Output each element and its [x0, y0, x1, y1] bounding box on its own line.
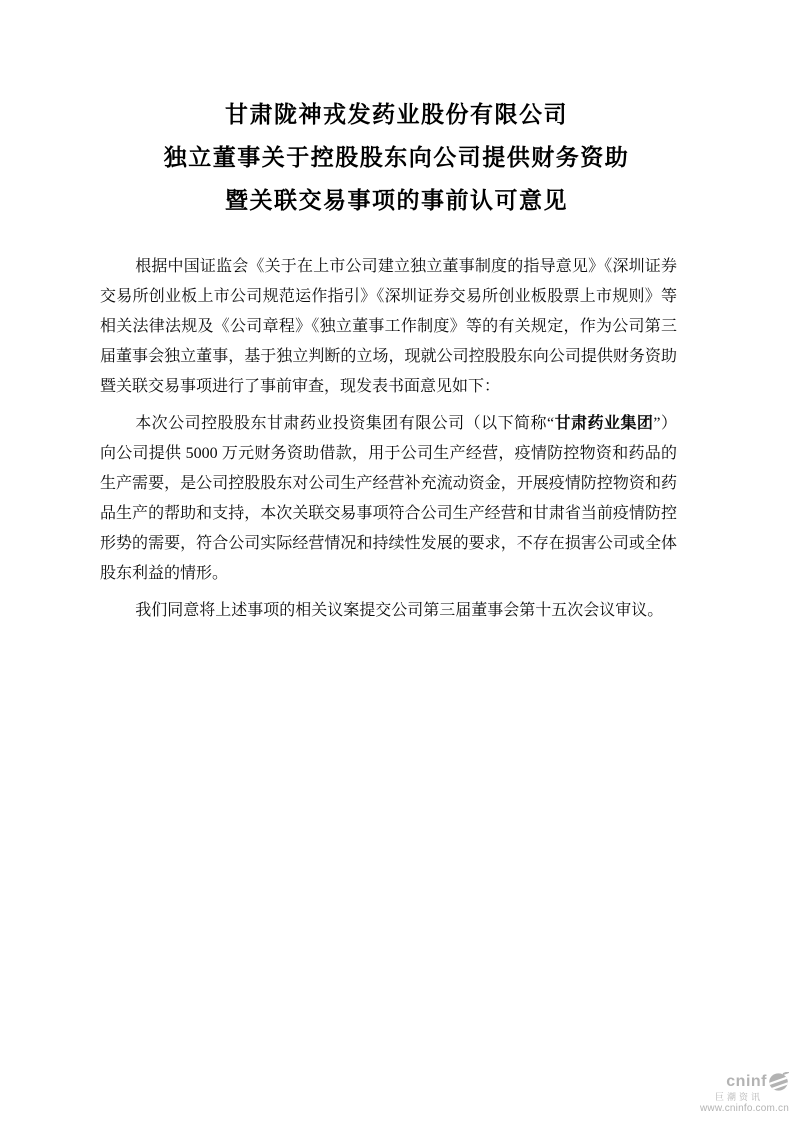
title-line-3: 暨关联交易事项的事前认可意见: [0, 179, 793, 222]
document-page: 甘肃陇神戎发药业股份有限公司 独立董事关于控股股东向公司提供财务资助 暨关联交易…: [0, 0, 793, 1122]
paragraph-3: 我们同意将上述事项的相关议案提交公司第三届董事会第十五次会议审议。: [100, 596, 677, 626]
paragraph-1: 根据中国证监会《关于在上市公司建立独立董事制度的指导意见》《深圳证券交易所创业板…: [100, 252, 677, 402]
cninfo-watermark: cninf 巨潮资讯 www.cninfo.com.cn: [700, 1072, 789, 1114]
document-title: 甘肃陇神戎发药业股份有限公司 独立董事关于控股股东向公司提供财务资助 暨关联交易…: [0, 93, 793, 222]
paragraph-2-text-before: 本次公司控股股东甘肃药业投资集团有限公司（以下简称“: [135, 415, 554, 432]
cninfo-logo-row: cninf: [700, 1072, 789, 1091]
cninfo-url: www.cninfo.com.cn: [700, 1104, 789, 1114]
title-line-1: 甘肃陇神戎发药业股份有限公司: [0, 93, 793, 136]
paragraph-2-text-after: ”）向公司提供 5000 万元财务资助借款，用于公司生产经营，疫情防控物资和药品…: [100, 415, 677, 582]
title-line-2: 独立董事关于控股股东向公司提供财务资助: [0, 136, 793, 179]
cninfo-brand-text: cninf: [726, 1074, 767, 1090]
cninfo-chinese-name: 巨潮资讯: [700, 1093, 763, 1102]
document-body: 根据中国证监会《关于在上市公司建立独立董事制度的指导意见》《深圳证券交易所创业板…: [100, 252, 677, 633]
paragraph-2: 本次公司控股股东甘肃药业投资集团有限公司（以下简称“甘肃药业集团”）向公司提供 …: [100, 409, 677, 589]
cninfo-swirl-icon: [768, 1072, 789, 1091]
company-short-name: 甘肃药业集团: [554, 415, 653, 432]
